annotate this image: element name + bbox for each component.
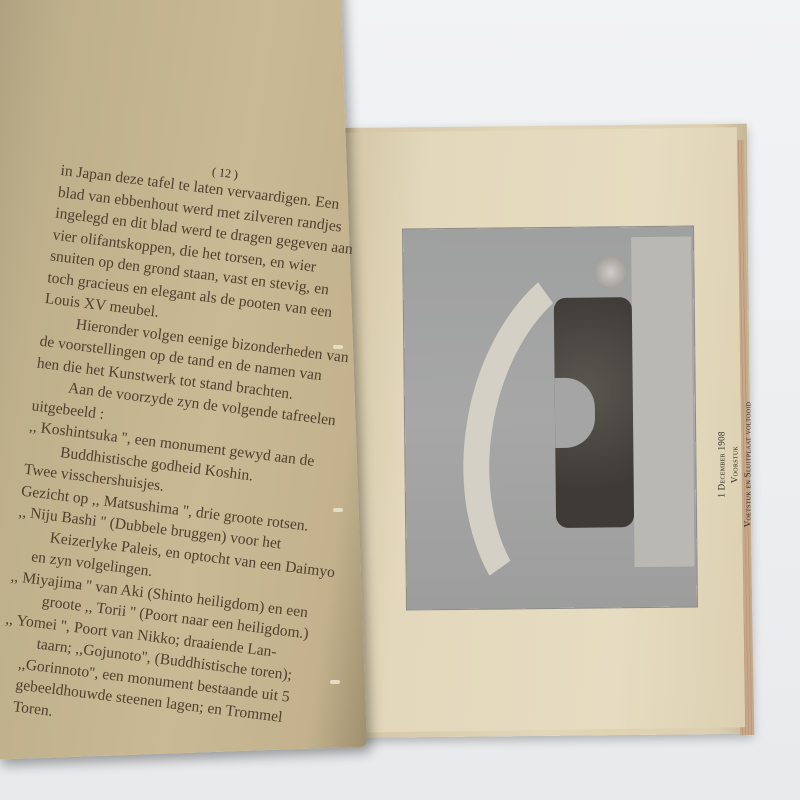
- photo-plate: [403, 226, 697, 609]
- photo-ivory-tusk: [435, 228, 697, 610]
- plate-caption: 1 December 1908 Voorstuk Voetstuk en Slu…: [700, 350, 760, 610]
- binding-string: [330, 680, 340, 684]
- binding-string: [333, 508, 343, 512]
- caption-date: 1 December 1908: [716, 335, 729, 595]
- caption-subtitle: Voetstuk en Sluitplaat voltooid: [742, 335, 755, 595]
- caption-title: Voorstuk: [729, 335, 742, 595]
